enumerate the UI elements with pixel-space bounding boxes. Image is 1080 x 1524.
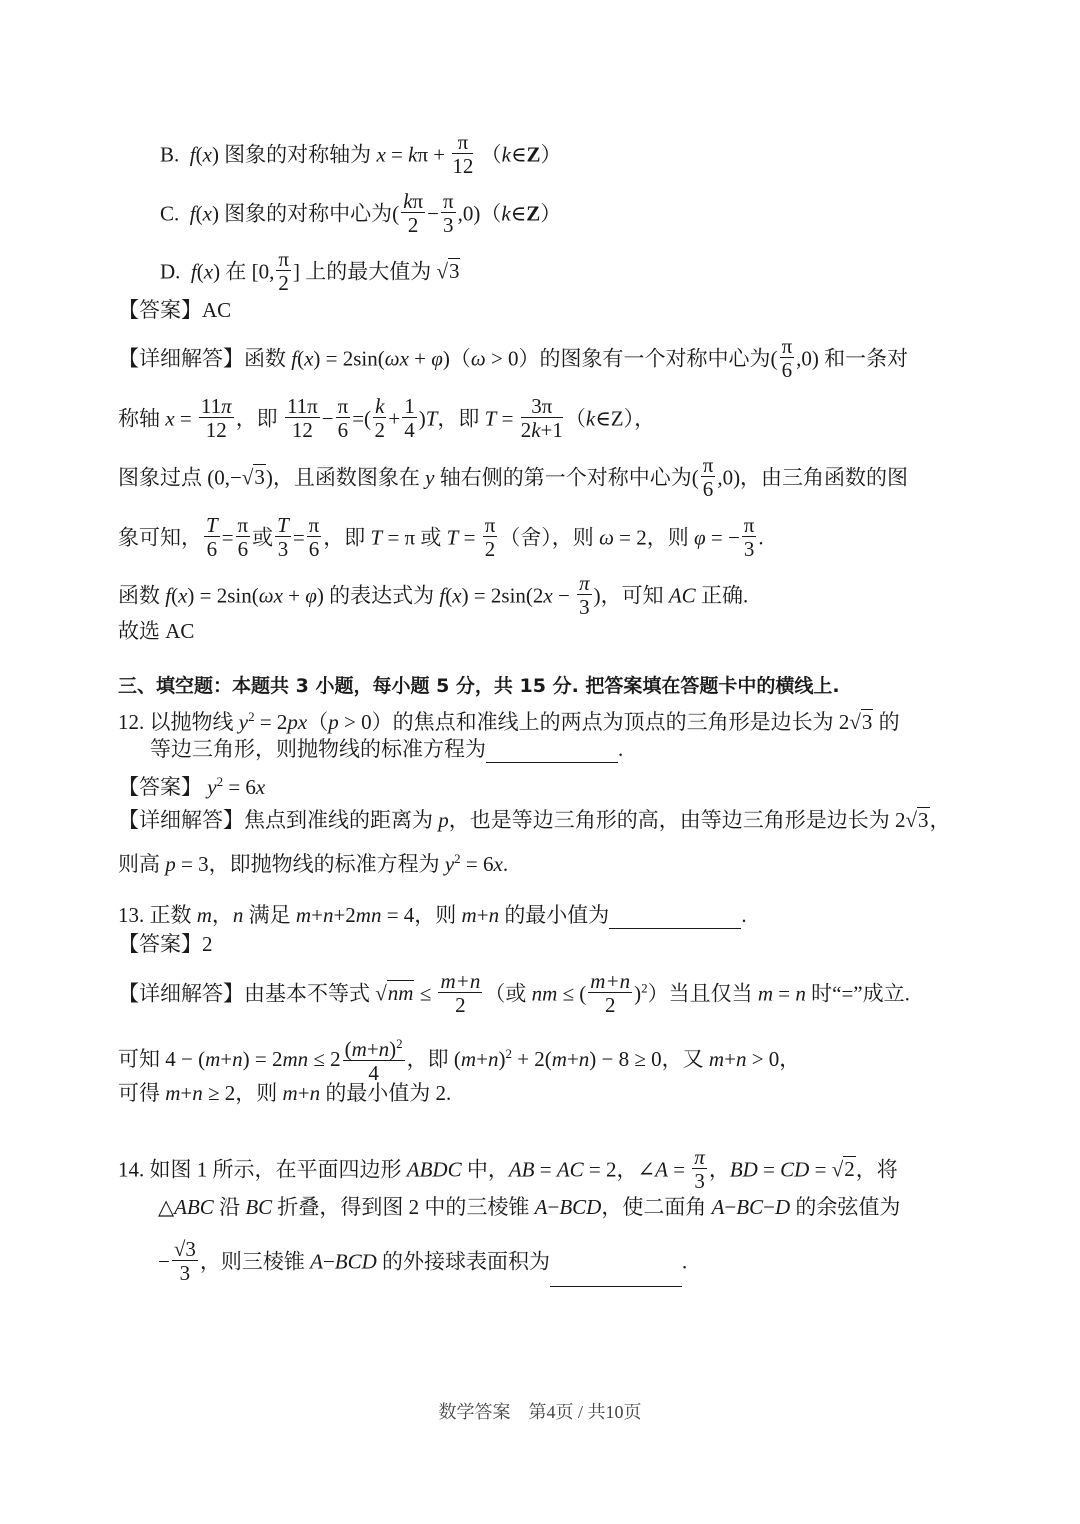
question-number: 14. [118, 1157, 144, 1181]
option-label: C. [160, 201, 179, 225]
q13-stem: 13. 正数 m，n 满足 m+n+2mn = 4，则 m+n 的最小值为. [118, 901, 747, 929]
q14-stem-line-3: −√33，则三棱锥 A−BCD 的外接球表面积为. [158, 1240, 687, 1287]
q12-answer: 【答案】 y2 = 6x [118, 768, 265, 801]
q11-detail-line-3: 图象过点 (0,−√3)，且函数图象在 y 轴右侧的第一个对称中心为(π6,0)… [118, 456, 908, 503]
option-label: B. [160, 142, 179, 166]
option-b: B. f(x) 图象的对称轴为 x = kπ + π12 （k∈Z） [160, 133, 562, 180]
footer-page-info: 第4页 / 共10页 [528, 1402, 641, 1422]
q11-detail-line-2: 称轴 x = 11π12，即 11π12−π6=(k2+14)T，即 T = 3… [118, 397, 655, 444]
q11-conclusion: 故选 AC [118, 617, 194, 645]
answer-value: 2 [202, 932, 213, 956]
q14-stem-line-2: △ABC 沿 BC 折叠，得到图 2 中的三棱锥 A−BCD，使二面角 A−BC… [158, 1193, 900, 1221]
q12-stem-line-1: 12. 以抛物线 y2 = 2px（p > 0）的焦点和准线上的两点为顶点的三角… [118, 703, 900, 736]
q11-answer: 【答案】AC [118, 296, 231, 324]
q12-detail-line-2: 则高 p = 3，即抛物线的标准方程为 y2 = 6x. [118, 845, 508, 878]
answer-blank [609, 906, 741, 929]
q11-detail-line-5: 函数 f(x) = 2sin(ωx + φ) 的表达式为 f(x) = 2sin… [118, 574, 748, 621]
answer-label: 【答案】 [118, 298, 202, 322]
question-number: 12. [118, 710, 144, 734]
answer-label: 【答案】 [118, 932, 202, 956]
q12-detail-line-1: 【详细解答】焦点到准线的距离为 p，也是等边三角形的高，由等边三角形是边长为 2… [118, 806, 951, 834]
q11-detail-line-4: 象可知，T6=π6或T3=π6，即 T = π 或 T = π2（舍），则 ω … [118, 516, 764, 563]
answer-blank [486, 740, 618, 763]
section-heading: 三、填空题：本题共 3 小题，每小题 5 分，共 15 分. 把答案填在答题卡中… [118, 672, 840, 700]
q13-detail-line-1: 【详细解答】由基本不等式 √nm ≤ m+n2（或 nm ≤ (m+n2)2）当… [118, 972, 910, 1019]
option-label: D. [160, 259, 180, 283]
answer-blank [550, 1264, 682, 1287]
q12-stem-line-2: 等边三角形，则抛物线的标准方程为. [150, 735, 623, 763]
q13-detail-line-3: 可得 m+n ≥ 2，则 m+n 的最小值为 2. [118, 1079, 451, 1107]
answer-label: 【答案】 [118, 775, 202, 799]
option-d: D. f(x) 在 [0,π2] 上的最大值为 √3 [160, 250, 460, 297]
question-number: 13. [118, 903, 144, 927]
q11-detail-line-1: 【详细解答】函数 f(x) = 2sin(ωx + φ)（ω > 0）的图象有一… [118, 337, 908, 384]
q14-stem-line-1: 14. 如图 1 所示，在平面四边形 ABDC 中，AB = AC = 2，∠A… [118, 1148, 898, 1195]
footer-subject: 数学答案 [438, 1402, 510, 1422]
stem-text: 等边三角形，则抛物线的标准方程为 [150, 737, 486, 761]
option-c: C. f(x) 图象的对称中心为(kπ2−π3,0)（k∈Z） [160, 192, 561, 239]
q13-answer: 【答案】2 [118, 930, 213, 958]
page-footer: 数学答案 第4页 / 共10页 [0, 1398, 1080, 1424]
answer-value: AC [202, 298, 231, 322]
